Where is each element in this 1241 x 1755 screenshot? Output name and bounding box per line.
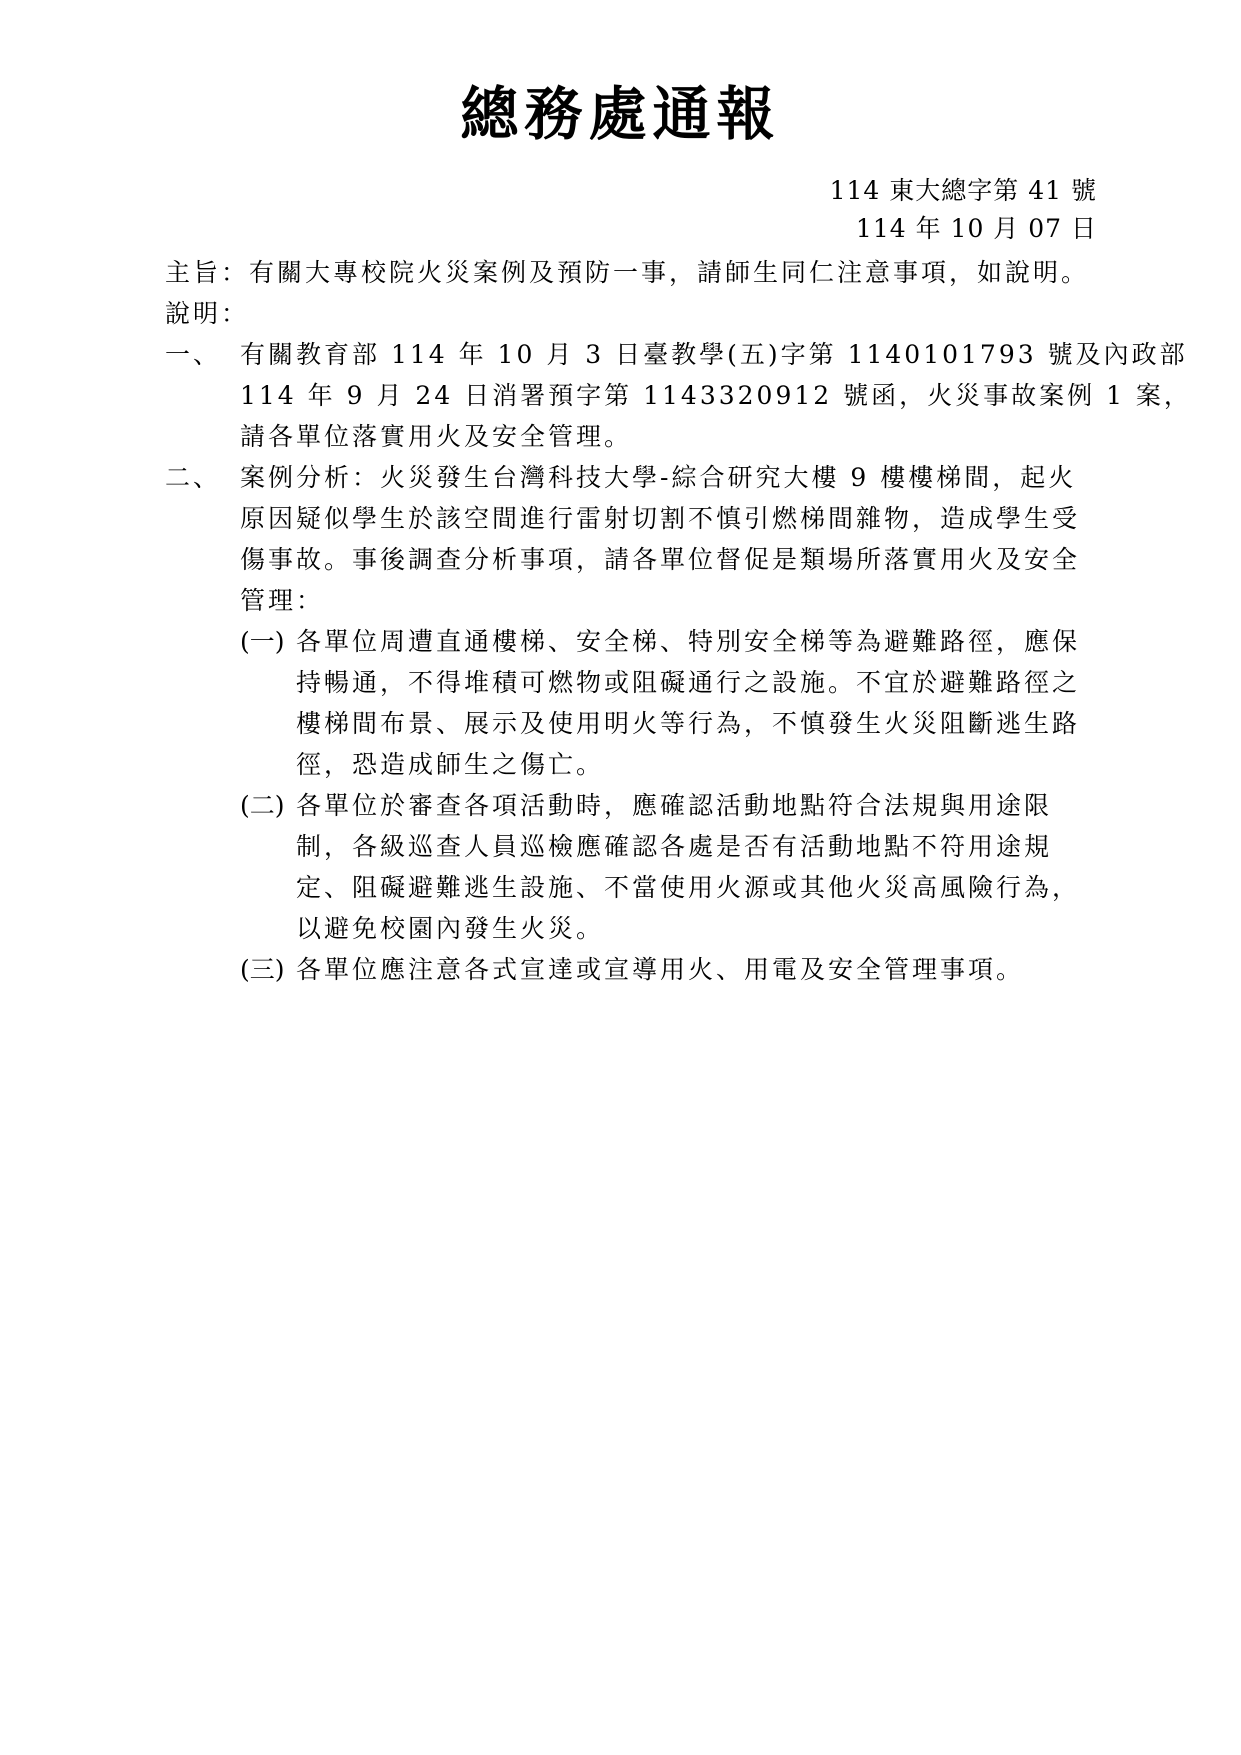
list-item-marker: 一、 (165, 334, 240, 375)
list-item: 二、 案例分析：火災發生台灣科技大學-綜合研究大樓 9 樓樓梯間，起火 原因疑似… (165, 457, 1105, 621)
sub-list-item: (一) 各單位周遭直通樓梯、安全梯、特別安全梯等為避難路徑，應保 持暢通，不得堆… (240, 621, 1105, 785)
text-line: 各單位應注意各式宣達或宣導用火、用電及安全管理事項。 (240, 949, 1105, 990)
text-line: 管理： (240, 580, 1105, 621)
text-line: 持暢通，不得堆積可燃物或阻礙通行之設施。不宜於避難路徑之 (240, 662, 1105, 703)
list-item: 一、 有關教育部 114 年 10 月 3 日臺教學(五)字第 11401017… (165, 334, 1105, 457)
text-line: 樓梯間布景、展示及使用明火等行為，不慎發生火災阻斷逃生路 (240, 703, 1105, 744)
subject-line: 主旨：有關大專校院火災案例及預防一事，請師生同仁注意事項，如說明。 (165, 252, 1105, 293)
subject-label: 主旨： (165, 258, 249, 287)
text-line: 傷事故。事後調查分析事項，請各單位督促是類場所落實用火及安全 (240, 539, 1105, 580)
text-line: 以避免校園內發生火災。 (240, 908, 1105, 949)
document-number: 114 東大總字第 41 號 (830, 172, 1097, 210)
document-page: 總務處通報 114 東大總字第 41 號 114 年 10 月 07 日 主旨：… (0, 0, 1241, 1755)
subject-text: 有關大專校院火災案例及預防一事，請師生同仁注意事項，如說明。 (249, 258, 1089, 287)
text-line: 制，各級巡查人員巡檢應確認各處是否有活動地點不符用途規 (240, 826, 1105, 867)
list-item-content: 案例分析：火災發生台灣科技大學-綜合研究大樓 9 樓樓梯間，起火 原因疑似學生於… (240, 457, 1105, 621)
sub-list-item: (三) 各單位應注意各式宣達或宣導用火、用電及安全管理事項。 (240, 949, 1105, 990)
document-date: 114 年 10 月 07 日 (830, 210, 1097, 248)
list-item-content: 有關教育部 114 年 10 月 3 日臺教學(五)字第 1140101793 … (240, 334, 1105, 457)
list-item-marker: 二、 (165, 457, 240, 498)
text-line: 各單位周遭直通樓梯、安全梯、特別安全梯等為避難路徑，應保 (240, 621, 1105, 662)
text-line: 徑，恐造成師生之傷亡。 (240, 744, 1105, 785)
text-line: 案例分析：火災發生台灣科技大學-綜合研究大樓 9 樓樓梯間，起火 (240, 457, 1105, 498)
sub-list-item-marker: (一) (240, 621, 285, 662)
document-title: 總務處通報 (0, 74, 1241, 154)
document-meta: 114 東大總字第 41 號 114 年 10 月 07 日 (830, 172, 1097, 248)
text-line: 114 年 9 月 24 日消署預字第 1143320912 號函，火災事故案例… (240, 375, 1105, 416)
text-line: 有關教育部 114 年 10 月 3 日臺教學(五)字第 1140101793 … (240, 334, 1105, 375)
explanation-label: 說明： (165, 293, 1105, 334)
sub-list-item-content: 各單位周遭直通樓梯、安全梯、特別安全梯等為避難路徑，應保 持暢通，不得堆積可燃物… (240, 621, 1105, 785)
sub-list-item: (二) 各單位於審查各項活動時，應確認活動地點符合法規與用途限 制，各級巡查人員… (240, 785, 1105, 949)
text-line: 原因疑似學生於該空間進行雷射切割不慎引燃梯間雜物，造成學生受 (240, 498, 1105, 539)
document-body: 主旨：有關大專校院火災案例及預防一事，請師生同仁注意事項，如說明。 說明： 一、… (165, 252, 1105, 990)
sub-list-item-content: 各單位於審查各項活動時，應確認活動地點符合法規與用途限 制，各級巡查人員巡檢應確… (240, 785, 1105, 949)
text-line: 定、阻礙避難逃生設施、不當使用火源或其他火災高風險行為， (240, 867, 1105, 908)
text-line: 請各單位落實用火及安全管理。 (240, 416, 1105, 457)
sub-list-item-marker: (三) (240, 949, 285, 990)
sub-list-item-content: 各單位應注意各式宣達或宣導用火、用電及安全管理事項。 (240, 949, 1105, 990)
sub-list-item-marker: (二) (240, 785, 285, 826)
text-line: 各單位於審查各項活動時，應確認活動地點符合法規與用途限 (240, 785, 1105, 826)
